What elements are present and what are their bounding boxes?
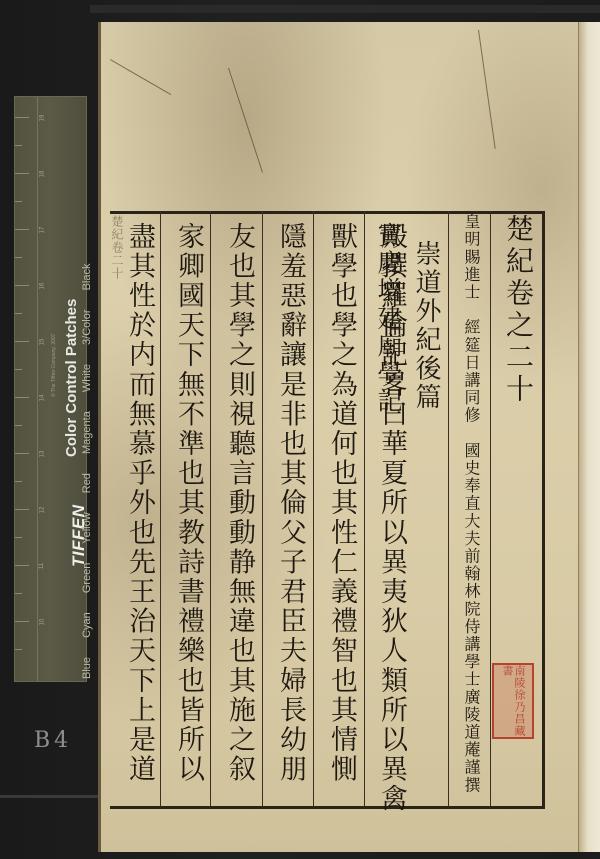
author-byline: 皇明賜進士 經筵日講同修 國史奉直大夫前翰林院侍講學士廣陵道蓭謹撰 <box>458 213 480 794</box>
ruler-number: 19 <box>39 115 45 122</box>
strip-copyright: © The Tiffen Company, 2007 <box>51 334 57 397</box>
ruler-tick <box>15 145 22 146</box>
patch-label-magenta: Magenta <box>81 411 93 454</box>
ruler-tick <box>15 593 22 594</box>
page-edge <box>578 22 600 852</box>
ruler-tick <box>15 229 29 230</box>
column-rule <box>448 211 449 806</box>
plate-label: B4 <box>34 728 72 753</box>
ruler-number: 17 <box>39 227 45 234</box>
ruler-tick <box>15 509 29 510</box>
patch-label-green: Green <box>81 563 93 594</box>
ruler-tick <box>15 537 22 538</box>
ruler-tick <box>15 285 29 286</box>
ruler-tick <box>15 425 22 426</box>
patch-label-black: Black <box>81 264 93 291</box>
ruler-tick <box>15 173 29 174</box>
centimeter-ruler <box>15 97 38 681</box>
patch-label-yellow: Yellow <box>81 512 93 543</box>
patch-label-blue: Blue <box>81 657 93 679</box>
column-rule <box>262 211 263 806</box>
column-rule <box>210 211 211 806</box>
text-column-3: 隱羞惡辭讓是非也其倫父子君臣夫婦長幼朋 <box>270 222 310 784</box>
ruler-tick <box>15 649 22 650</box>
text-column-2: 獸學也學之為道何也其性仁義禮智也其情惻 <box>321 222 361 784</box>
ruler-number: 10 <box>39 619 45 626</box>
strip-title: Color Control Patches <box>63 299 80 457</box>
ruler-tick <box>15 453 29 454</box>
column-rule <box>364 211 365 806</box>
color-control-strip: 19 18 17 16 15 14 13 12 11 10 © The Tiff… <box>14 96 87 682</box>
ruler-tick <box>15 481 22 482</box>
ruler-tick <box>15 341 29 342</box>
ruler-tick <box>15 369 22 370</box>
ruler-number: 11 <box>39 563 45 569</box>
text-column-4: 友也其學之則視聽言動動静無違也其施之叙 <box>219 222 259 784</box>
backdrop-frame <box>90 5 600 13</box>
ruler-number: 18 <box>39 171 45 178</box>
column-rule <box>490 211 491 806</box>
section-title: 崇道外紀後篇 <box>410 240 446 412</box>
chapter-title: 寶慶增建廟學記 <box>372 222 408 415</box>
ruler-tick <box>15 565 29 566</box>
ruler-number: 12 <box>39 507 45 514</box>
ruler-tick <box>15 201 22 202</box>
collector-seal: 南陵徐乃昌藏書 <box>492 663 534 739</box>
patch-label-3color: 3/Color <box>81 309 93 344</box>
column-rule <box>313 211 314 806</box>
ruler-tick <box>15 621 29 622</box>
ruler-number: 16 <box>39 283 45 290</box>
text-column-6: 盡其性於内而無慕乎外也先王治天下上是道 <box>119 222 159 784</box>
patch-label-cyan: Cyan <box>81 612 93 638</box>
patch-labels: Blue Cyan Green Yellow Red Magenta White… <box>81 264 93 680</box>
volume-title: 楚紀卷之二十 <box>498 214 538 406</box>
ruler-number: 13 <box>39 451 45 458</box>
ruler-number: 14 <box>39 395 45 402</box>
column-rule <box>160 211 161 806</box>
backdrop-rule <box>0 795 100 798</box>
patch-label-white: White <box>81 364 93 392</box>
ruler-number: 15 <box>39 339 45 346</box>
ruler-tick <box>15 397 29 398</box>
text-column-5: 家卿國天下無不準也其教詩書禮樂也皆所以 <box>168 222 208 784</box>
ruler-tick <box>15 257 22 258</box>
patch-label-red: Red <box>81 473 93 493</box>
ruler-tick <box>15 313 22 314</box>
ruler-tick <box>15 117 29 118</box>
